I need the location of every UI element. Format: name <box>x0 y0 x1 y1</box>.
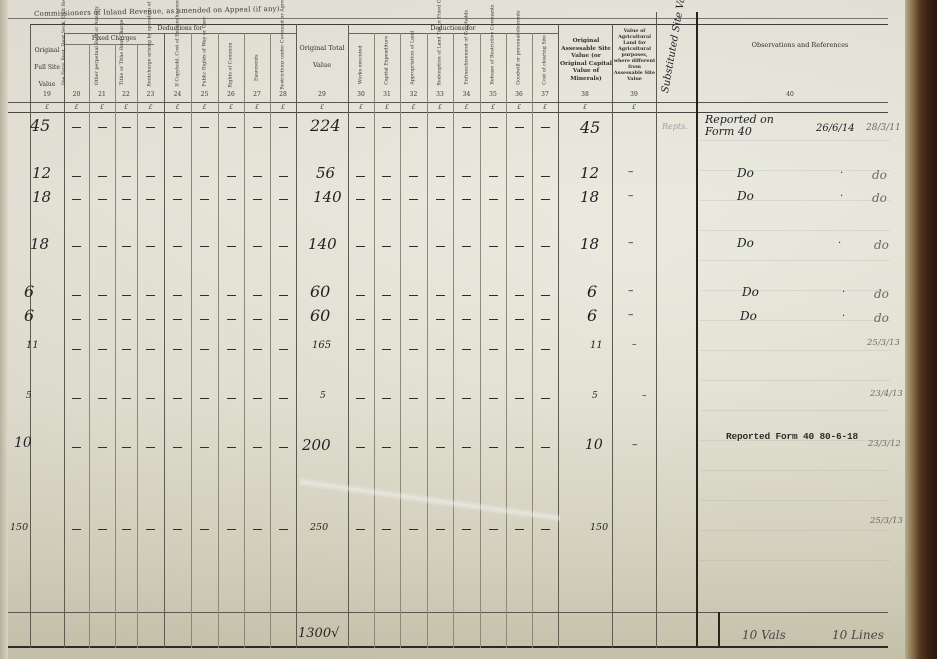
nil-dash <box>382 199 391 200</box>
pound-sign: £ <box>115 104 137 111</box>
nil-dash <box>227 295 236 296</box>
total-rule-bottom <box>8 646 888 648</box>
row-5-agri: – <box>628 308 634 321</box>
row-0-observation: Reported on Form 40 <box>705 114 795 138</box>
nil-dash <box>72 319 81 320</box>
colnum: 31 <box>374 91 400 98</box>
nil-dash <box>253 398 262 399</box>
nil-dash <box>253 176 262 177</box>
nil-dash <box>462 319 471 320</box>
nil-dash <box>173 319 182 320</box>
nil-dash <box>173 199 182 200</box>
nil-dash <box>382 398 391 399</box>
nil-dash <box>409 246 418 247</box>
header-c36: Goodwill or personal elements <box>516 41 522 85</box>
nil-dash <box>489 176 498 177</box>
nil-dash <box>279 246 288 247</box>
colnum: 30 <box>348 91 374 98</box>
row-1-full-site-value: 12 <box>32 164 51 182</box>
nil-dash <box>489 349 498 350</box>
nil-dash <box>541 319 550 320</box>
row-8-date2: 23/3/12 <box>868 439 901 449</box>
row-5-date2: do <box>874 311 889 325</box>
nil-dash <box>515 199 524 200</box>
nil-dash <box>98 127 107 128</box>
row-1-total-value: 56 <box>316 164 335 182</box>
nil-dash <box>200 199 209 200</box>
colnum: 32 <box>400 91 427 98</box>
nil-dash <box>356 349 365 350</box>
nil-dash <box>146 127 155 128</box>
nil-dash <box>98 246 107 247</box>
nil-dash <box>122 246 131 247</box>
row-0-full-site-value: 45 <box>30 116 50 135</box>
header-c22: Tithe or Tithe Rent Charge <box>120 50 126 85</box>
nil-dash <box>356 246 365 247</box>
nil-dash <box>98 529 107 530</box>
nil-dash <box>541 246 550 247</box>
nil-dash <box>382 295 391 296</box>
nil-dash <box>515 349 524 350</box>
nil-dash <box>227 447 236 448</box>
row-7-total-value: 5 <box>320 391 326 401</box>
header-c20: Fee Farm Rent, Rent Seck, Quit Rent, Chi… <box>62 40 68 85</box>
nil-dash <box>462 398 471 399</box>
row-2-full-site-value: 18 <box>32 188 51 206</box>
row-5-observation: Do <box>740 309 757 323</box>
nil-dash <box>356 176 365 177</box>
pound-sign: £ <box>270 104 296 111</box>
row-6-date2: 25/3/13 <box>867 338 900 348</box>
header-c31: Capital Expenditure <box>384 45 390 85</box>
row-2-assessable-site-value: 18 <box>580 188 599 206</box>
nil-dash <box>173 398 182 399</box>
row-9-assessable-site-value: 150 <box>590 522 608 533</box>
row-1-date2: do <box>872 168 887 182</box>
nil-dash <box>382 447 391 448</box>
nil-dash <box>356 319 365 320</box>
nil-dash <box>72 295 81 296</box>
nil-dash <box>382 246 391 247</box>
nil-dash <box>173 529 182 530</box>
nil-dash <box>200 398 209 399</box>
nil-dash <box>98 319 107 320</box>
colnum: 25 <box>191 91 218 98</box>
nil-dash <box>72 246 81 247</box>
row-4-agri: – <box>628 284 634 297</box>
row-5-full-site-value: 6 <box>24 306 34 325</box>
nil-dash <box>489 127 498 128</box>
paper-crease <box>300 470 560 530</box>
pound-sign: £ <box>506 104 532 111</box>
nil-dash <box>489 199 498 200</box>
row-8-agri: – <box>632 438 638 451</box>
header-c32: Appropriation of Land <box>410 45 416 85</box>
nil-dash <box>173 295 182 296</box>
pound-sign: £ <box>296 104 348 111</box>
totals-lines: 10 Lines <box>832 628 884 642</box>
totals-vals: 10 Vals <box>742 628 786 642</box>
nil-dash <box>489 246 498 247</box>
nil-dash <box>356 295 365 296</box>
nil-dash <box>409 349 418 350</box>
header-original-total-value: Original Total Value <box>296 40 348 74</box>
row-1-assessable-site-value: 12 <box>580 164 599 182</box>
colnum: 22 <box>115 91 137 98</box>
nil-dash <box>436 199 445 200</box>
header-c24: If Copyhold, Cost of Enfranchisement <box>175 43 181 87</box>
nil-dash <box>279 398 288 399</box>
row-4-total-value: 60 <box>310 282 330 301</box>
nil-dash <box>436 246 445 247</box>
row-0-date2: 28/3/11 <box>866 123 901 133</box>
total-rule-top <box>8 612 888 613</box>
nil-dash <box>279 447 288 448</box>
nil-dash <box>122 127 131 128</box>
nil-dash <box>227 319 236 320</box>
nil-dash <box>200 319 209 320</box>
nil-dash <box>462 199 471 200</box>
total-value-sum: 1300√ <box>298 626 339 641</box>
nil-dash <box>98 398 107 399</box>
nil-dash <box>227 176 236 177</box>
row-8-observation-stamp: Reported Form 40 80-6-18 <box>726 431 858 442</box>
nil-dash <box>200 127 209 128</box>
fixed-charges-rule <box>64 44 154 45</box>
nil-dash <box>98 199 107 200</box>
row-0-obs-pencil: Repts. <box>662 122 688 131</box>
row-8-total-value: 200 <box>302 436 331 454</box>
nil-dash <box>356 127 365 128</box>
colnum: 36 <box>506 91 532 98</box>
row-4-date2: do <box>874 287 889 301</box>
pound-sign: £ <box>453 104 480 111</box>
nil-dash <box>436 319 445 320</box>
row-6-total-value: 165 <box>312 340 331 351</box>
nil-dash <box>200 349 209 350</box>
nil-dash <box>409 127 418 128</box>
colnum: 39 <box>612 91 656 98</box>
pound-sign: £ <box>164 104 191 111</box>
nil-dash <box>122 199 131 200</box>
row-9-date2: 25/3/13 <box>870 516 903 526</box>
row-8-full-site-value: 10 <box>14 435 32 451</box>
top-rule <box>8 18 888 19</box>
nil-dash <box>173 246 182 247</box>
pound-sign: £ <box>427 104 453 111</box>
pound-sign: £ <box>374 104 400 111</box>
header-c37: Cost of clearing Site <box>542 45 548 85</box>
nil-dash <box>515 176 524 177</box>
nil-dash <box>146 295 155 296</box>
row-6-agri: – <box>632 340 637 350</box>
nil-dash <box>146 398 155 399</box>
ledger-title: Commissioners of Inland Revenue, as amen… <box>34 5 280 18</box>
row-4-full-site-value: 6 <box>24 282 34 301</box>
nil-dash <box>173 127 182 128</box>
nil-dash <box>436 447 445 448</box>
colnum: 37 <box>532 91 558 98</box>
row-1-date1: · <box>840 168 843 179</box>
header-observations: Observations and References <box>740 38 860 52</box>
nil-dash <box>382 319 391 320</box>
header-c21: Other perpetual Rent or Annuity <box>95 50 101 85</box>
nil-dash <box>72 127 81 128</box>
nil-dash <box>146 199 155 200</box>
header-c35: Release of Restrictive Covenants <box>490 41 496 85</box>
nil-dash <box>72 447 81 448</box>
nil-dash <box>541 295 550 296</box>
nil-dash <box>122 349 131 350</box>
nil-dash <box>146 176 155 177</box>
colnum: 23 <box>137 91 164 98</box>
nil-dash <box>515 319 524 320</box>
nil-dash <box>462 447 471 448</box>
nil-dash <box>98 176 107 177</box>
nil-dash <box>98 447 107 448</box>
nil-dash <box>122 319 131 320</box>
pound-sign: £ <box>137 104 164 111</box>
nil-dash <box>200 295 209 296</box>
nil-dash <box>173 447 182 448</box>
nil-dash <box>98 349 107 350</box>
row-5-assessable-site-value: 6 <box>587 306 597 325</box>
nil-dash <box>356 199 365 200</box>
nil-dash <box>253 246 262 247</box>
row-6-full-site-value: 11 <box>26 340 39 351</box>
nil-dash <box>541 398 550 399</box>
nil-dash <box>146 319 155 320</box>
nil-dash <box>279 199 288 200</box>
row-6-assessable-site-value: 11 <box>590 340 603 351</box>
row-7-assessable-site-value: 5 <box>592 391 598 401</box>
nil-dash <box>409 199 418 200</box>
header-c26: Rights of Common <box>228 48 234 88</box>
nil-dash <box>436 349 445 350</box>
header-substituted-site-value: Substituted Site Value <box>660 0 690 94</box>
row-2-observation: Do <box>737 189 754 203</box>
row-9-full-site-value: 150 <box>10 522 28 533</box>
pound-sign: £ <box>348 104 374 111</box>
nil-dash <box>253 529 262 530</box>
nil-dash <box>227 127 236 128</box>
colnum: 33 <box>427 91 453 98</box>
nil-dash <box>541 199 550 200</box>
row-2-total-value: 140 <box>313 188 342 206</box>
row-5-total-value: 60 <box>310 306 330 325</box>
nil-dash <box>279 295 288 296</box>
nil-dash <box>541 176 550 177</box>
pound-sign: £ <box>558 104 612 111</box>
row-1-agri: – <box>628 165 634 178</box>
pound-sign: £ <box>400 104 427 111</box>
nil-dash <box>409 447 418 448</box>
colnum: 34 <box>453 91 480 98</box>
colnum: 29 <box>296 91 348 98</box>
nil-dash <box>122 529 131 530</box>
nil-dash <box>279 349 288 350</box>
row-2-agri: – <box>628 189 634 202</box>
pound-sign: £ <box>480 104 506 111</box>
pound-sign: £ <box>244 104 270 111</box>
nil-dash <box>515 398 524 399</box>
row-7-date2: 23/4/13 <box>870 389 903 399</box>
pound-sign: £ <box>532 104 558 111</box>
colnum: 28 <box>270 91 296 98</box>
nil-dash <box>436 127 445 128</box>
row-4-observation: Do <box>742 285 759 299</box>
nil-dash <box>146 349 155 350</box>
nil-dash <box>515 447 524 448</box>
colnum: 19 <box>30 91 64 98</box>
nil-dash <box>462 176 471 177</box>
nil-dash <box>279 127 288 128</box>
nil-dash <box>462 127 471 128</box>
nil-dash <box>146 447 155 448</box>
pound-sign: £ <box>30 104 64 111</box>
nil-dash <box>409 176 418 177</box>
colnum: 21 <box>89 91 115 98</box>
row-2-date2: do <box>872 191 887 205</box>
nil-dash <box>382 349 391 350</box>
nil-dash <box>173 176 182 177</box>
colnum: 24 <box>164 91 191 98</box>
nil-dash <box>489 295 498 296</box>
colnum: 38 <box>558 91 612 98</box>
header-original-full-site-value: Original Full Site Value <box>30 42 64 93</box>
row-3-assessable-site-value: 18 <box>580 235 599 253</box>
nil-dash <box>409 319 418 320</box>
nil-dash <box>279 529 288 530</box>
row-0-assessable-site-value: 45 <box>580 118 600 137</box>
nil-dash <box>98 295 107 296</box>
nil-dash <box>200 246 209 247</box>
nil-dash <box>227 199 236 200</box>
nil-dash <box>462 349 471 350</box>
nil-dash <box>146 529 155 530</box>
nil-dash <box>541 349 550 350</box>
header-deductions-for-2: Deductions for <box>348 24 558 34</box>
row-4-date1: · <box>842 287 845 298</box>
row-2-date1: · <box>840 191 843 202</box>
nil-dash <box>72 349 81 350</box>
row-0-date1: 26/6/14 <box>816 123 855 134</box>
pound-sign: £ <box>218 104 244 111</box>
row-3-total-value: 140 <box>308 235 337 253</box>
nil-dash <box>253 199 262 200</box>
nil-dash <box>541 127 550 128</box>
header-agricultural-value: Value of Agricultural Land for Agricultu… <box>613 28 656 82</box>
colnum: 40 <box>720 91 860 98</box>
colnum: 27 <box>244 91 270 98</box>
pound-sign: £ <box>89 104 115 111</box>
nil-dash <box>200 447 209 448</box>
header-c23: Rentcharge arising by operation of law o… <box>147 39 153 87</box>
nil-dash <box>515 246 524 247</box>
nil-dash <box>227 529 236 530</box>
nil-dash <box>253 127 262 128</box>
row-3-agri: – <box>628 236 634 249</box>
colnum: 20 <box>64 91 89 98</box>
nil-dash <box>253 295 262 296</box>
book-binding <box>905 0 937 659</box>
row-7-full-site-value: 5 <box>26 391 32 401</box>
row-8-assessable-site-value: 10 <box>585 437 603 453</box>
nil-dash <box>72 398 81 399</box>
nil-dash <box>462 295 471 296</box>
nil-dash <box>515 295 524 296</box>
row-3-date1: · <box>838 238 841 249</box>
nil-dash <box>356 447 365 448</box>
nil-dash <box>436 176 445 177</box>
nil-dash <box>382 127 391 128</box>
row-4-assessable-site-value: 6 <box>587 282 597 301</box>
row-3-full-site-value: 18 <box>30 235 49 253</box>
nil-dash <box>515 127 524 128</box>
pound-sign: £ <box>191 104 218 111</box>
row-0-total-value: 224 <box>310 116 341 135</box>
nil-dash <box>200 529 209 530</box>
nil-dash <box>436 295 445 296</box>
nil-dash <box>409 398 418 399</box>
pound-sign: £ <box>612 104 656 111</box>
header-c28: Restrictions under Covenant or Agreement <box>280 40 286 90</box>
ledger-page: Commissioners of Inland Revenue, as amen… <box>0 0 905 659</box>
header-c27: Easements <box>254 48 260 88</box>
nil-dash <box>173 349 182 350</box>
header-c30: Works executed <box>358 45 364 85</box>
row-1-observation: Do <box>737 166 754 180</box>
nil-dash <box>382 176 391 177</box>
header-original-assessable-site-value: Original Assessable Site Value (or Origi… <box>560 38 612 83</box>
header-c25: Public Rights of Way or User <box>202 43 208 87</box>
nil-dash <box>253 447 262 448</box>
nil-dash <box>122 176 131 177</box>
nil-dash <box>122 295 131 296</box>
nil-dash <box>436 398 445 399</box>
header-c34: Enfranchisement of Copyholds <box>464 41 470 85</box>
nil-dash <box>489 398 498 399</box>
nil-dash <box>146 246 155 247</box>
nil-dash <box>72 199 81 200</box>
nil-dash <box>356 398 365 399</box>
nil-dash <box>122 447 131 448</box>
nil-dash <box>541 447 550 448</box>
colnum: 35 <box>480 91 506 98</box>
pound-sign: £ <box>64 104 89 111</box>
row-7-agri: – <box>642 391 647 401</box>
nil-dash <box>253 319 262 320</box>
nil-dash <box>489 319 498 320</box>
nil-dash <box>200 176 209 177</box>
colnum: 26 <box>218 91 244 98</box>
nil-dash <box>279 319 288 320</box>
row-3-observation: Do <box>737 236 754 250</box>
row-3-date2: do <box>874 238 889 252</box>
page-gutter <box>0 0 8 659</box>
nil-dash <box>72 529 81 530</box>
row-5-date1: · <box>842 311 845 322</box>
nil-dash <box>227 246 236 247</box>
header-c33: Redemption of Land Tax or Fixed Charge <box>437 40 443 86</box>
nil-dash <box>462 246 471 247</box>
nil-dash <box>409 295 418 296</box>
nil-dash <box>253 349 262 350</box>
nil-dash <box>227 398 236 399</box>
nil-dash <box>122 398 131 399</box>
nil-dash <box>227 349 236 350</box>
nil-dash <box>279 176 288 177</box>
